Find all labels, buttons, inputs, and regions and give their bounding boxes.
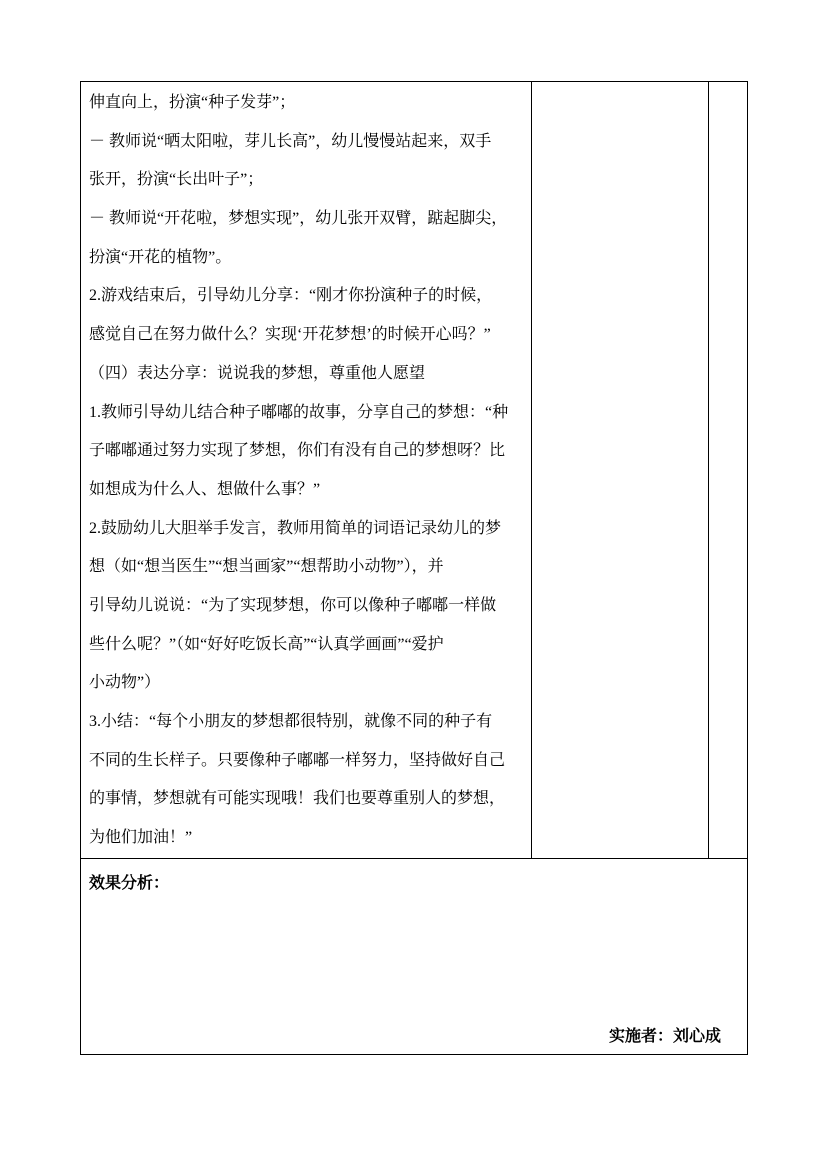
text-line: 不同的生长样子。只要像种子嘟嘟一样努力，坚持做好自己 (89, 742, 526, 781)
text-line: 伸直向上，扮演“种子发芽”； (89, 84, 526, 123)
text-line: 小动物”） (89, 664, 526, 703)
empty-notes-cell (532, 82, 709, 858)
text-line: 为他们加油！” (89, 819, 526, 858)
text-line: 引导幼儿说说：“为了实现梦想，你可以像种子嘟嘟一样做 (89, 587, 526, 626)
text-line: 子嘟嘟通过努力实现了梦想，你们有没有自己的梦想呀？比 (89, 432, 526, 471)
text-line: 感觉自己在努力做什么？实现‘开花梦想’的时候开心吗？” (89, 316, 526, 355)
text-line: 2.鼓励幼儿大胆举手发言，教师用简单的词语记录幼儿的梦 (89, 510, 526, 549)
text-line: 3.小结：“每个小朋友的梦想都很特别，就像不同的种子有 (89, 703, 526, 742)
text-line: 张开，扮演“长出叶子”； (89, 161, 526, 200)
table-main-row: 伸直向上，扮演“种子发芽”； － 教师说“晒太阳啦，芽儿长高”，幼儿慢慢站起来，… (81, 82, 747, 858)
text-line: 想（如“想当医生”“想当画家”“想帮助小动物”），并 (89, 548, 526, 587)
text-line: 1.教师引导幼儿结合种子嘟嘟的故事，分享自己的梦想：“种 (89, 394, 526, 433)
activity-process-cell: 伸直向上，扮演“种子发芽”； － 教师说“晒太阳啦，芽儿长高”，幼儿慢慢站起来，… (81, 82, 532, 858)
effect-analysis-label: 效果分析： (89, 870, 169, 893)
text-line: 些什么呢？”（如“好好吃饭长高”“认真学画画”“爱护 (89, 626, 526, 665)
effect-analysis-row: 效果分析： 实施者：刘心成 (81, 858, 747, 1054)
lesson-plan-table: 伸直向上，扮演“种子发芽”； － 教师说“晒太阳啦，芽儿长高”，幼儿慢慢站起来，… (80, 81, 748, 1055)
document-page: 伸直向上，扮演“种子发芽”； － 教师说“晒太阳啦，芽儿长高”，幼儿慢慢站起来，… (0, 0, 827, 1170)
text-line: 如想成为什么人、想做什么事？” (89, 471, 526, 510)
text-line: 的事情，梦想就有可能实现哦！我们也要尊重别人的梦想， (89, 780, 526, 819)
text-line: － 教师说“开花啦，梦想实现”，幼儿张开双臂，踮起脚尖， (89, 200, 526, 239)
text-line: 2.游戏结束后，引导幼儿分享：“刚才你扮演种子的时候， (89, 277, 526, 316)
text-line: 扮演“开花的植物”。 (89, 239, 526, 278)
empty-narrow-cell (709, 82, 747, 858)
implementer-signature: 实施者：刘心成 (609, 1023, 721, 1046)
text-line: （四）表达分享：说说我的梦想，尊重他人愿望 (89, 355, 526, 394)
text-line: － 教师说“晒太阳啦，芽儿长高”，幼儿慢慢站起来，双手 (89, 123, 526, 162)
